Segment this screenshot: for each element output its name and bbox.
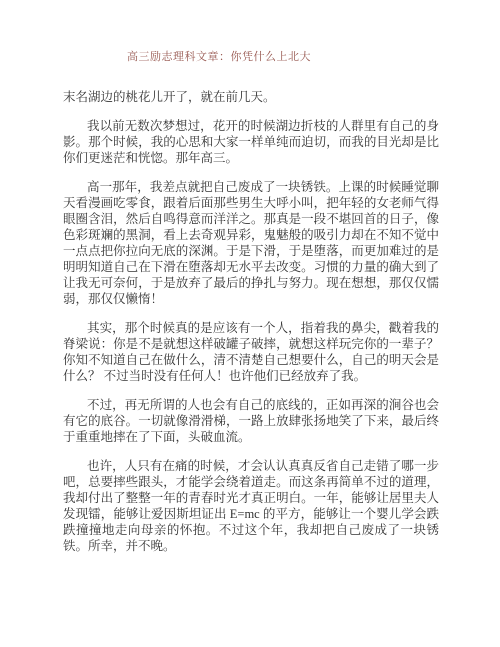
paragraph-1: 末名湖边的桃花儿开了，就在前几天。 bbox=[63, 89, 439, 105]
paragraph-6: 也许，人只有在痛的时候，才会认认真真反省自己走错了哪一步吧，总要摔些跟头，才能学… bbox=[63, 458, 439, 554]
paragraph-4: 其实，那个时候真的是应该有一个人，指着我的鼻尖，戳着我的脊梁说：你是不是就想这样… bbox=[63, 320, 439, 384]
document-page: 高三励志理科文章：你凭什么上北大 末名湖边的桃花儿开了，就在前几天。 我以前无数… bbox=[0, 0, 500, 647]
paragraph-5: 不过，再无所谓的人也会有自己的底线的，正如再深的涧谷也会有它的底谷。一切就像滑滑… bbox=[63, 397, 439, 445]
paragraph-2: 我以前无数次梦想过，花开的时候湖边折枝的人群里有自己的身影。那个时候，我的心思和… bbox=[63, 118, 439, 166]
document-title: 高三励志理科文章：你凭什么上北大 bbox=[0, 0, 438, 63]
paragraph-3: 高一那年，我差点就把自己废成了一块锈铁。上课的时候睡觉聊天看漫画吃零食，跟着后面… bbox=[63, 179, 439, 307]
article-body: 末名湖边的桃花儿开了，就在前几天。 我以前无数次梦想过，花开的时候湖边折枝的人群… bbox=[63, 89, 439, 554]
